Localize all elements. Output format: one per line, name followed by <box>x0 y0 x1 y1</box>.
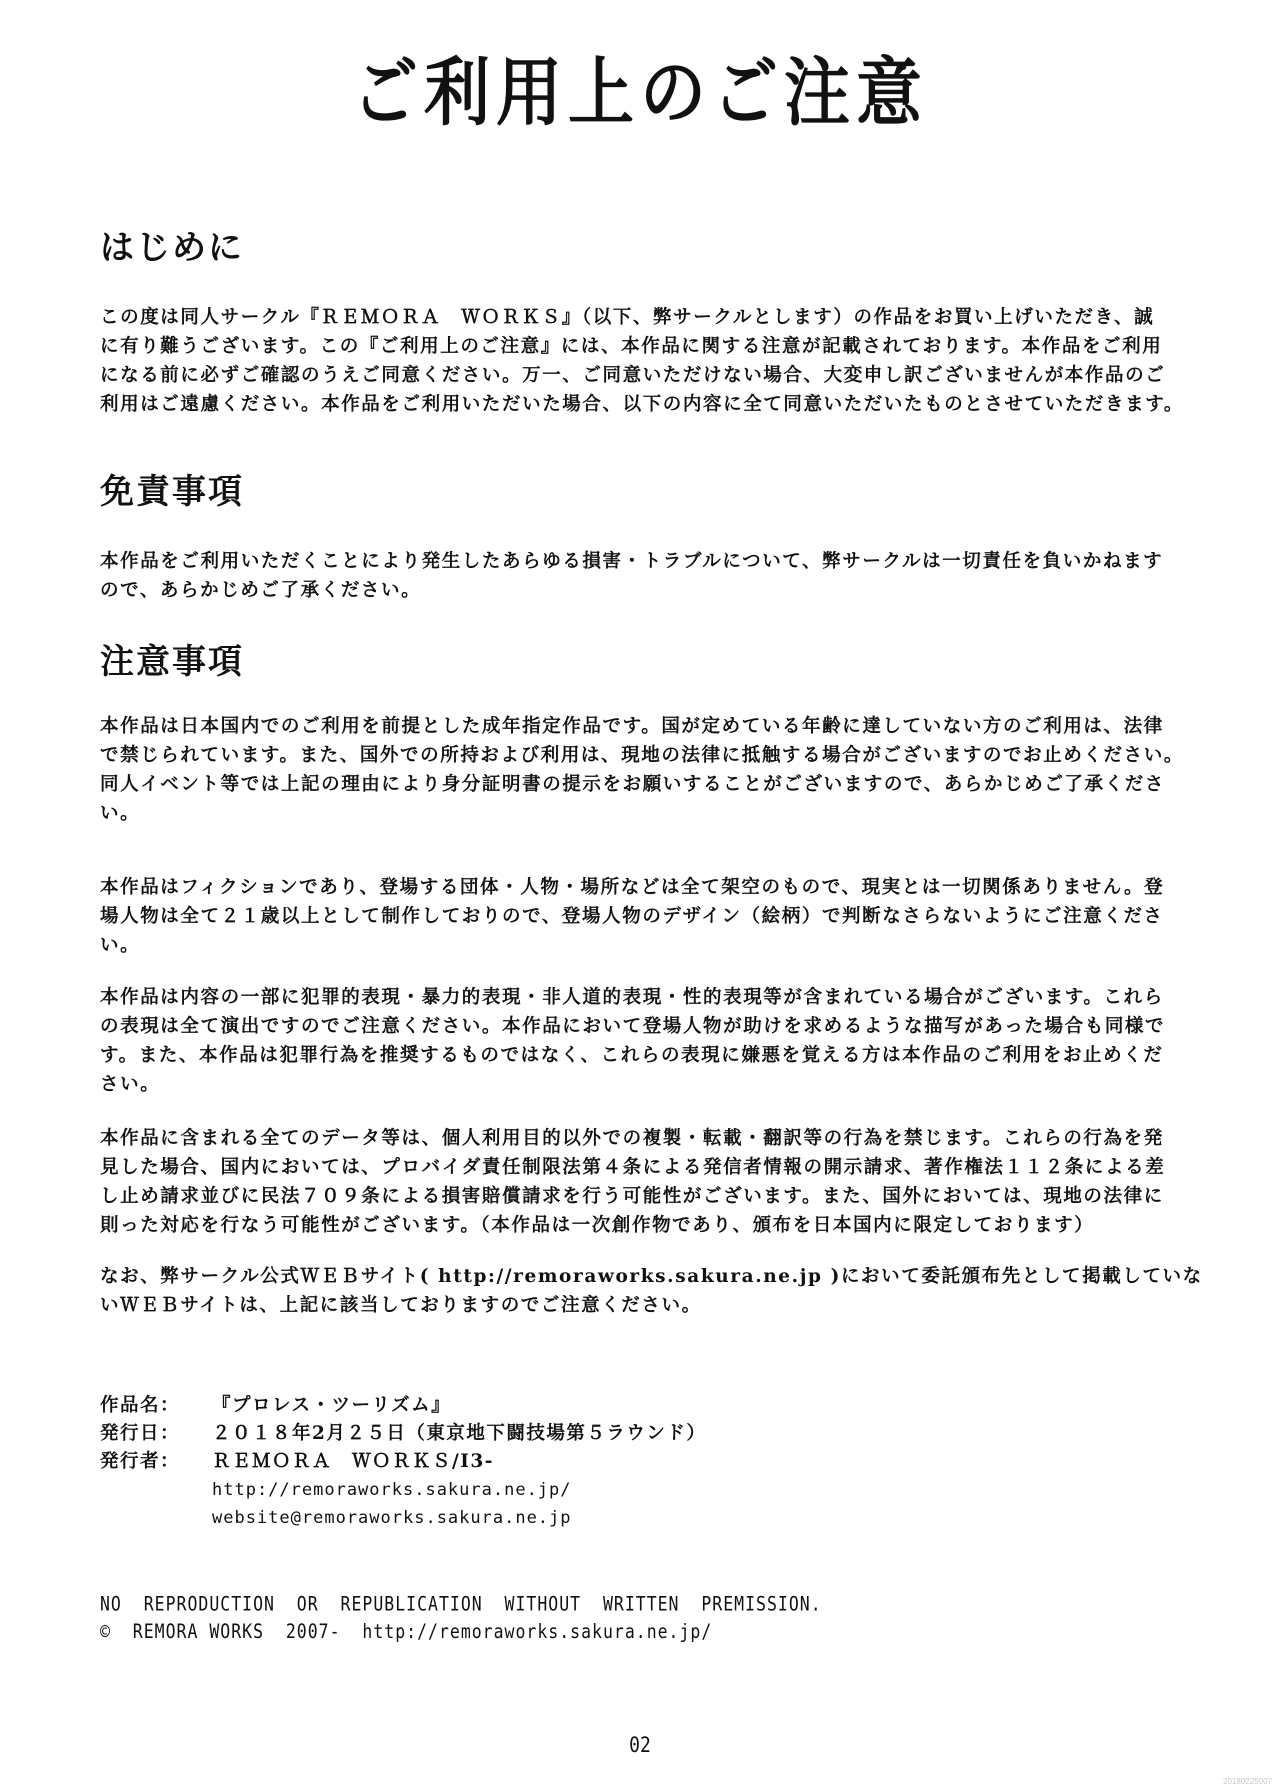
page-number: 02 <box>0 1733 1280 1758</box>
notes-paragraph-content: 本作品は内容の一部に犯罪的表現・暴力的表現・非人道的表現・性的表現等が含まれてい… <box>100 983 1210 1099</box>
section-heading-disclaimer: 免責事項 <box>100 470 244 514</box>
text-line: の表現は全て演出ですのでご注意ください。本作品において登場人物が助けを求めるよう… <box>100 1012 1210 1041</box>
section-heading-notes: 注意事項 <box>100 640 244 684</box>
publisher-label: 発行者： <box>100 1448 212 1476</box>
publisher-value: ＲＥＭＯＲＡ ＷＯＲＫＳ/I3- <box>212 1448 494 1476</box>
notes-paragraph-website: なお、弊サークル公式ＷＥＢサイト( http://remoraworks.sak… <box>100 1262 1210 1320</box>
text-line: す。また、本作品は犯罪行為を推奨するものではなく、これらの表現に嫌悪を覚える方は… <box>100 1041 1210 1070</box>
text-line: になる前に必ずご確認のうえご同意ください。万一、ご同意いただけない場合、大変申し… <box>100 361 1210 390</box>
publisher-url: http://remoraworks.sakura.ne.jp/ <box>100 1476 706 1504</box>
text-line: 利用はご遠慮ください。本作品をご利用いただいた場合、以下の内容に全て同意いただい… <box>100 390 1210 419</box>
credit-publish-date: 発行日： ２０１８年2月２５日（東京地下闘技場第５ラウンド） <box>100 1420 706 1448</box>
text-line: 本作品は日本国内でのご利用を前提とした成年指定作品です。国が定めている年齢に達し… <box>100 712 1210 741</box>
no-reproduction-notice: NO REPRODUCTION OR REPUBLICATION WITHOUT… <box>100 1590 822 1618</box>
copyright-notice: © REMORA WORKS 2007- http://remoraworks.… <box>100 1618 822 1646</box>
work-title-label: 作品名： <box>100 1392 212 1420</box>
page-title: ご利用上のご注意 <box>0 47 1280 137</box>
text-line: この度は同人サークル『ＲＥＭＯＲＡ ＷＯＲＫＳ』（以下、弊サークルとします）の作… <box>100 303 1210 332</box>
text-line: 本作品は内容の一部に犯罪的表現・暴力的表現・非人道的表現・性的表現等が含まれてい… <box>100 983 1210 1012</box>
scan-id: 20180225007 <box>1223 1777 1272 1786</box>
credit-work-title: 作品名： 『プロレス・ツーリズム』 <box>100 1392 706 1420</box>
publish-date-value: ２０１８年2月２５日（東京地下闘技場第５ラウンド） <box>212 1420 706 1448</box>
text-line: 本作品をご利用いただくことにより発生したあらゆる損害・トラブルについて、弊サーク… <box>100 547 1210 576</box>
introduction-paragraph: この度は同人サークル『ＲＥＭＯＲＡ ＷＯＲＫＳ』（以下、弊サークルとします）の作… <box>100 303 1210 419</box>
text-line: 場人物は全て２１歳以上として制作しておりので、登場人物のデザイン（絵柄）で判断な… <box>100 902 1210 931</box>
credits-block: 作品名： 『プロレス・ツーリズム』 発行日： ２０１８年2月２５日（東京地下闘技… <box>100 1392 706 1532</box>
text-line: さい。 <box>100 1070 1210 1099</box>
text-line: なお、弊サークル公式ＷＥＢサイト( http://remoraworks.sak… <box>100 1262 1210 1291</box>
text-line: し止め請求並びに民法７０９条による損害賠償請求を行う可能性がございます。また、国… <box>100 1182 1210 1211</box>
section-heading-introduction: はじめに <box>100 226 244 270</box>
text-line: ので、あらかじめご了承ください。 <box>100 576 1210 605</box>
text-line: に有り難うございます。この『ご利用上のご注意』には、本作品に関する注意が記載され… <box>100 332 1210 361</box>
publish-date-label: 発行日： <box>100 1420 212 1448</box>
work-title-value: 『プロレス・ツーリズム』 <box>212 1392 451 1420</box>
notes-paragraph-age: 本作品は日本国内でのご利用を前提とした成年指定作品です。国が定めている年齢に達し… <box>100 712 1210 828</box>
disclaimer-paragraph: 本作品をご利用いただくことにより発生したあらゆる損害・トラブルについて、弊サーク… <box>100 547 1210 605</box>
text-line: 見した場合、国内においては、プロバイダ責任制限法第４条による発信者情報の開示請求… <box>100 1153 1210 1182</box>
notes-paragraph-fiction: 本作品はフィクションであり、登場する団体・人物・場所などは全て架空のもので、現実… <box>100 873 1210 960</box>
text-line: で禁じられています。また、国外での所持および利用は、現地の法律に抵触する場合がご… <box>100 741 1210 770</box>
notes-paragraph-copyright: 本作品に含まれる全てのデータ等は、個人利用目的以外での複製・転載・翻訳等の行為を… <box>100 1124 1210 1240</box>
credit-publisher: 発行者： ＲＥＭＯＲＡ ＷＯＲＫＳ/I3- <box>100 1448 706 1476</box>
text-line: い。 <box>100 931 1210 960</box>
text-line: 同人イベント等では上記の理由により身分証明書の提示をお願いすることがございますの… <box>100 770 1210 799</box>
legal-notice: NO REPRODUCTION OR REPUBLICATION WITHOUT… <box>100 1590 822 1645</box>
text-line: 本作品はフィクションであり、登場する団体・人物・場所などは全て架空のもので、現実… <box>100 873 1210 902</box>
text-line: い。 <box>100 799 1210 828</box>
text-line: 本作品に含まれる全てのデータ等は、個人利用目的以外での複製・転載・翻訳等の行為を… <box>100 1124 1210 1153</box>
text-line: いＷＥＢサイトは、上記に該当しておりますのでご注意ください。 <box>100 1291 1210 1320</box>
publisher-email: website@remoraworks.sakura.ne.jp <box>100 1504 706 1532</box>
text-line: 則った対応を行なう可能性がございます。（本作品は一次創作物であり、頒布を日本国内… <box>100 1211 1210 1240</box>
